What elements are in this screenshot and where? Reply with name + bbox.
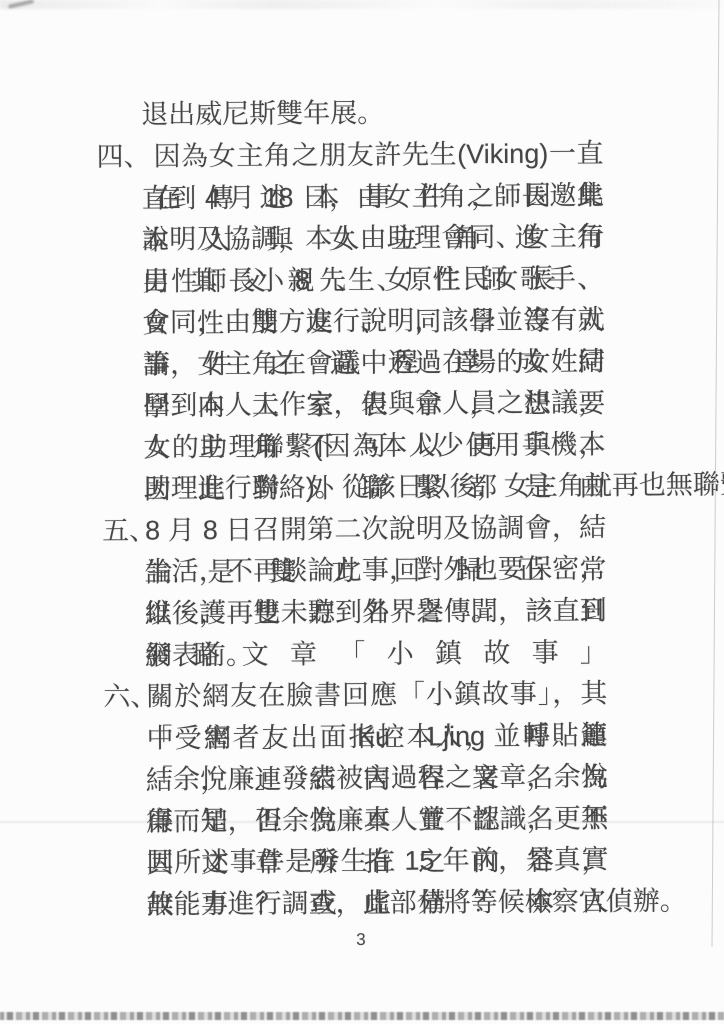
text-line: 關於網友在臉書回應「小鎮故事」，其中網友 Ku Ljing 呼籲 [146, 672, 607, 717]
text-line: 「受害者」出面指控本人，並轉貼連結，連結內容署名為 [145, 714, 607, 759]
text-line: 回到本人工作室，但與會人員之決議，女主角不可以再與本 [143, 381, 605, 426]
text-line: 直到 4 月 18 日，由女主角之師長邀集本人與女主角進行 [142, 174, 604, 219]
text-line: 發表前。 [145, 634, 253, 677]
text-line: 8 月 8 日召開第二次說明及協調會，結論是雙方回歸正常 [145, 506, 606, 551]
text-line: 生活，不再談論此事，對外也要保密，維護雙方名譽。該日 [144, 547, 606, 592]
scan-bottom-edge-band [0, 1012, 724, 1020]
text-line: 退出威尼斯雙年展。 [141, 92, 384, 136]
text-line: 說明及協調，本人由助理會同、女主角由其父親、女性師長、 [142, 215, 604, 260]
text-line: 男性師長小 8 先生、原住民女歌手、女性朋友、同學等人 [142, 257, 604, 302]
text-line: 無能力進行調查，此部分將等候檢察官偵辦。 [147, 880, 687, 926]
list-item-marker: 四、 [96, 135, 150, 177]
scanned-document-page: 3 退出威尼斯雙年展。四、因為女主角之朋友許先生(Viking)一直在傳述本事件… [0, 0, 724, 1024]
text-line: 得而知，但余悅廉本人並不認識，更無其文章所指之內容， [146, 797, 608, 842]
text-line: 以後，再也未聽到外界之傳聞，一直到網路文章「小鎮故事」 [145, 589, 607, 634]
text-line: 論，女主角在會議中透過在場的女姓同學向大家表示，想要 [143, 340, 605, 385]
text-line: 助理進行聯絡)。從該日以後，女主角就再也無聯繫。 [144, 463, 724, 509]
text-line: 因所述事件是發生在 15 年前，是真實故事？或虛構？本人 [146, 838, 608, 883]
text-line: 會同，由雙方進行說明，該日並沒有就事件之過程達成結 [143, 298, 605, 343]
document-body: 3 退出威尼斯雙年展。四、因為女主角之朋友許先生(Viking)一直在傳述本事件… [0, 0, 724, 1024]
page-number: 3 [353, 926, 369, 954]
text-line: 「余悅廉」發表被害過程之文章，余悅廉是否為真實性名不 [146, 755, 608, 800]
text-line: 因為女主角之朋友許先生(Viking)一直在傳述本事件，因此 [153, 132, 603, 177]
text-line: 人的助理聯繫(因為本人少使用手機，因此對外聯繫都是由 [143, 423, 605, 468]
scan-streak-artifact [0, 821, 724, 823]
